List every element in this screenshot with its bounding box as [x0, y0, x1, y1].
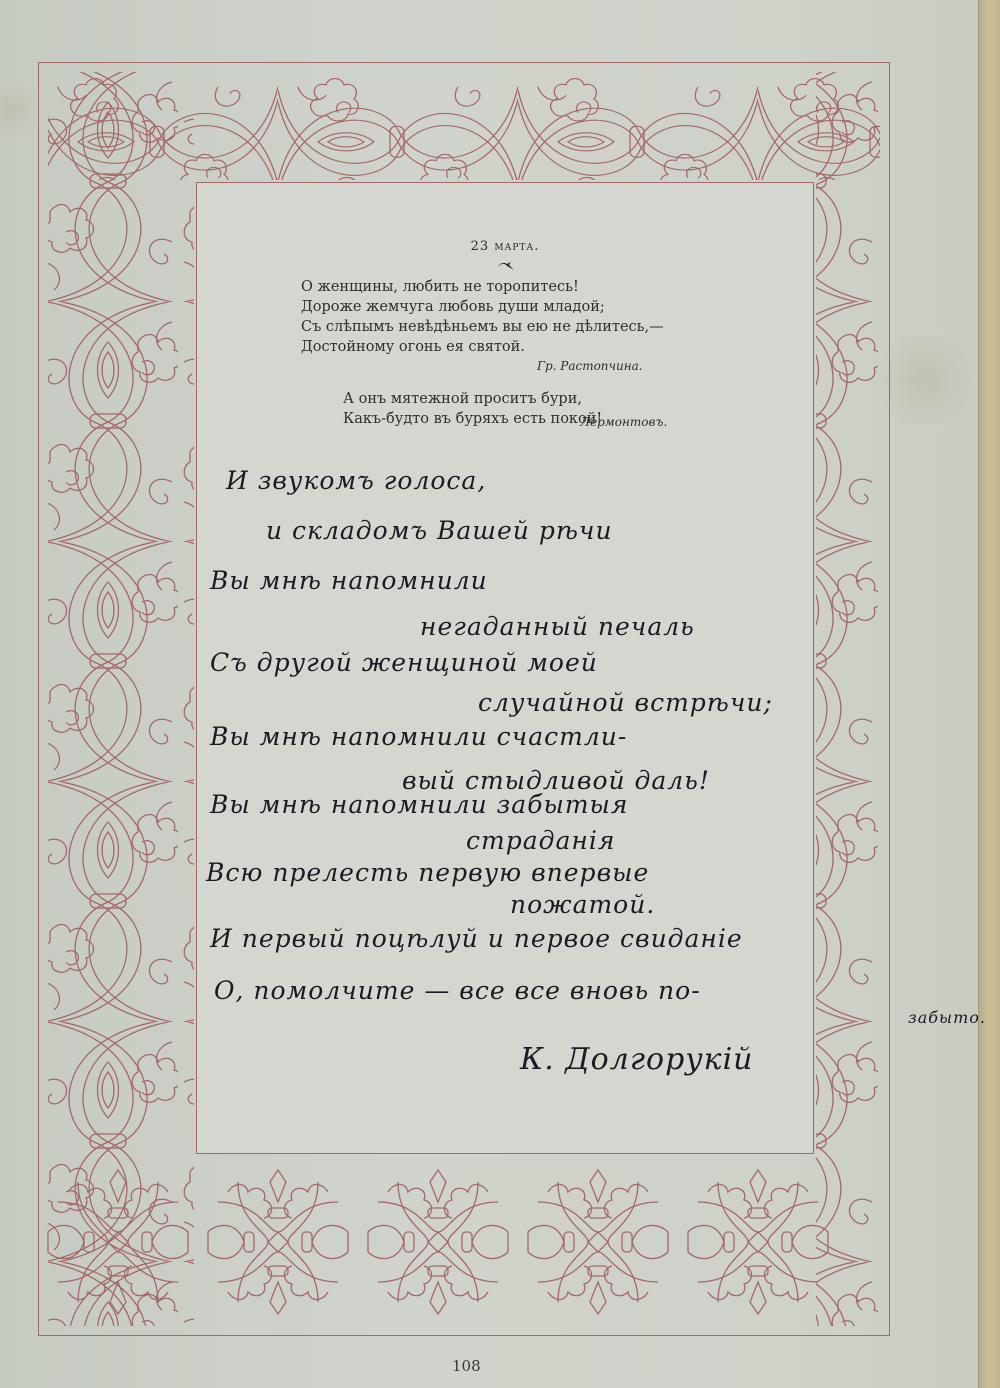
handwritten-line: Вы мнѣ напомнили счастли- — [210, 722, 627, 751]
hand-fleuron-icon — [497, 261, 515, 271]
handwritten-line: случайной встрѣчи; — [478, 688, 773, 717]
handwritten-line: страданія — [466, 826, 615, 855]
verse-line: Достойному огонь ея святой. — [301, 337, 664, 357]
epigraph-rastopchina: О женщины, любить не торопитесь! Дороже … — [301, 277, 664, 357]
signature: К. Долгорукій — [520, 1042, 754, 1077]
verse-line: Съ слѣпымъ невѣдѣньемъ вы ею не дѣлитесь… — [301, 317, 664, 337]
book-spine-edge — [978, 0, 1000, 1388]
handwritten-line: пожатой. — [510, 890, 655, 919]
handwritten-line: Съ другой женщиной моей — [210, 648, 598, 677]
page-number: 108 — [452, 1357, 481, 1375]
handwritten-line: Всю прелесть первую впервые — [206, 858, 649, 887]
handwritten-line: Вы мнѣ напомнили забытыя — [210, 790, 628, 819]
handwritten-line: И первый поцѣлуй и первое свиданіе — [210, 924, 743, 953]
epigraph-author: Лермонтовъ. — [580, 415, 667, 429]
handwritten-line: негаданный печаль — [420, 612, 695, 641]
handwritten-line: Вы мнѣ напомнили — [210, 566, 488, 595]
paper-stain — [880, 320, 970, 440]
epigraph-lermontov: А онъ мятежной проситъ бури, Какъ-будто … — [343, 389, 602, 429]
verse-line: О женщины, любить не торопитесь! — [301, 277, 664, 297]
handwritten-line: забыто. — [908, 1008, 986, 1027]
date-heading: 23 марта. — [197, 239, 813, 254]
epigraph-author: Гр. Растопчина. — [537, 359, 643, 373]
verse-line: Какъ-будто въ буряхъ есть покой! — [343, 409, 602, 429]
handwritten-line: О, помолчите — все все вновь по- — [214, 976, 701, 1005]
handwritten-line: и складомъ Вашей рѣчи — [266, 516, 613, 545]
handwritten-line: И звукомъ голоса, — [226, 466, 486, 495]
verse-line: Дороже жемчуга любовь души младой; — [301, 297, 664, 317]
verse-line: А онъ мятежной проситъ бури, — [343, 389, 602, 409]
